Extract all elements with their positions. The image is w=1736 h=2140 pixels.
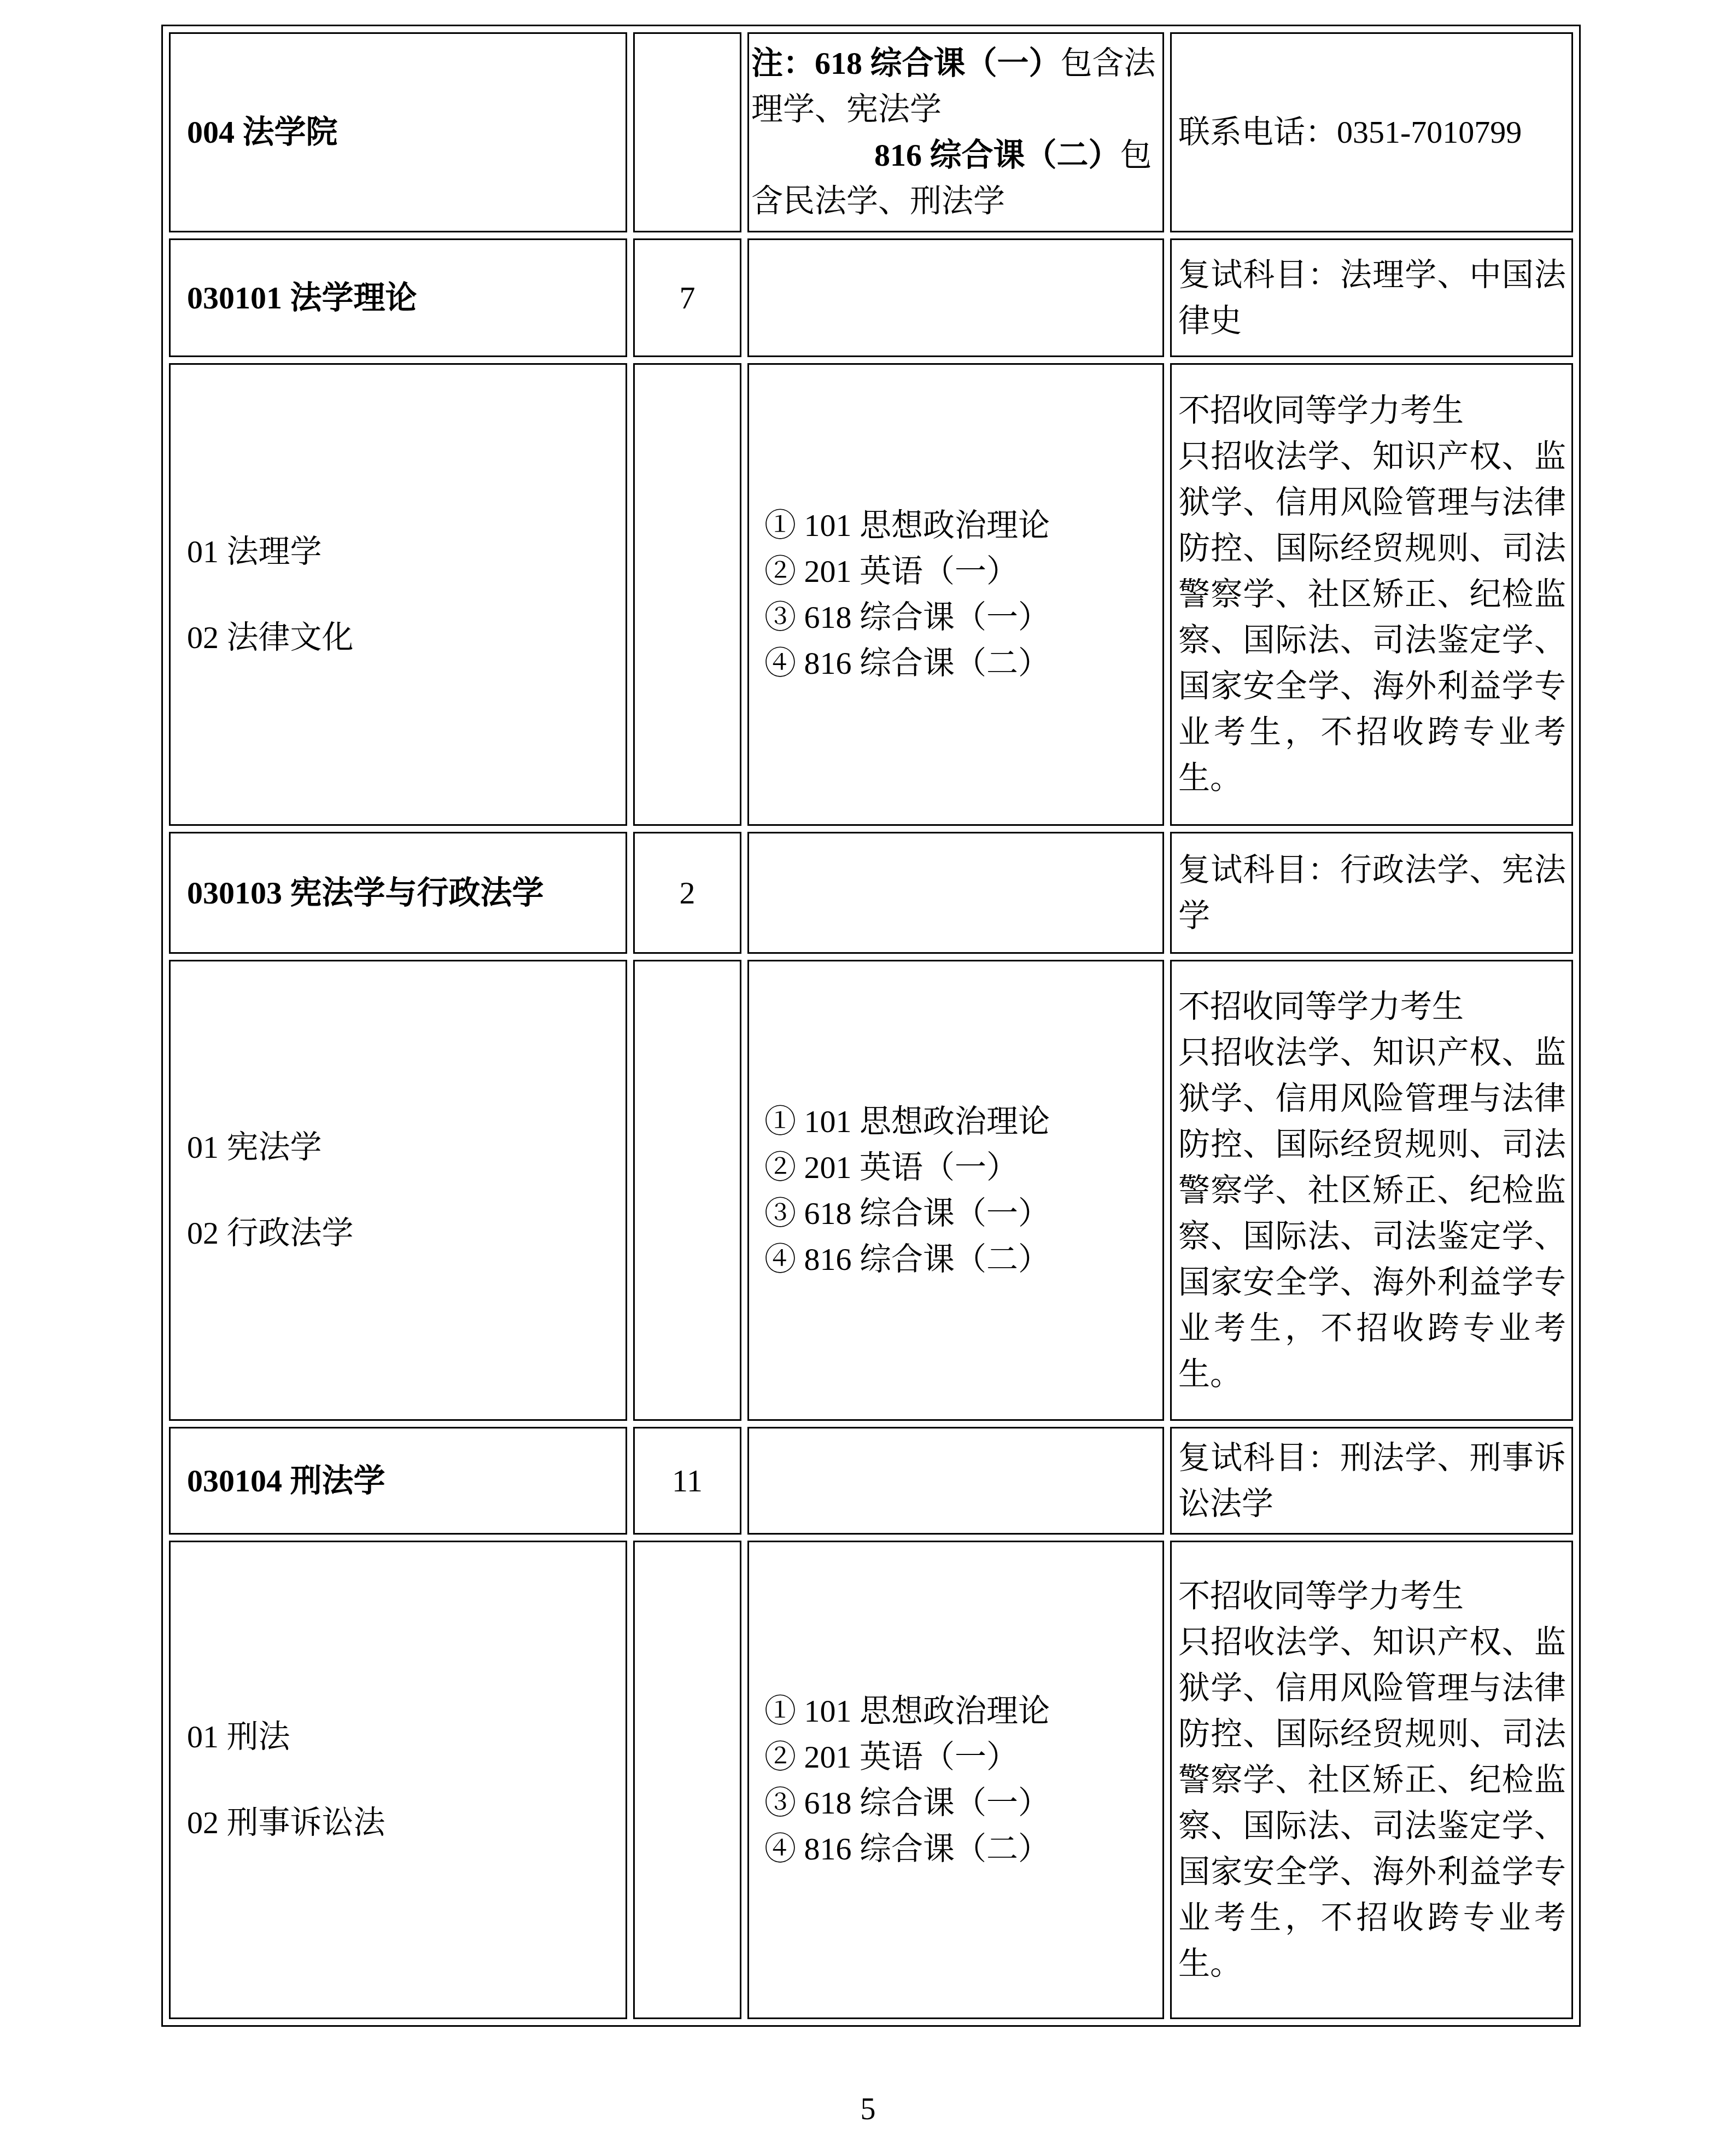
program-cell: 030103 宪法学与行政法学 xyxy=(169,832,627,954)
note-line1-bold: 注：618 综合课（一） xyxy=(751,45,1061,81)
quota-value: 11 xyxy=(672,1463,703,1498)
remark-cell: 复试科目：行政法学、宪法学 xyxy=(1170,832,1573,954)
subjects-cell: ① 101 思想政治理论 ② 201 英语（一） ③ 618 综合课（一） ④ … xyxy=(747,1541,1164,2019)
subject-item: ① 101 思想政治理论 xyxy=(764,1099,1159,1145)
major-item: 01 宪法学 xyxy=(187,1124,620,1170)
major-item: 02 刑事诉讼法 xyxy=(187,1800,620,1846)
remark-cell: 不招收同等学力考生 只招收法学、知识产权、监狱学、信用风险管理与法律防控、国际经… xyxy=(1170,960,1573,1421)
quota-cell: 7 xyxy=(633,238,741,357)
quota-value: 2 xyxy=(680,875,695,911)
contact-phone: 联系电话：0351-7010799 xyxy=(1178,114,1522,150)
subject-item: ③ 618 综合课（一） xyxy=(764,594,1159,640)
subject-item: ③ 618 综合课（一） xyxy=(764,1191,1159,1237)
quota-value: 7 xyxy=(680,280,695,316)
majors-cell: 01 刑法 02 刑事诉讼法 xyxy=(169,1541,627,2019)
remark-cell: 不招收同等学力考生 只招收法学、知识产权、监狱学、信用风险管理与法律防控、国际经… xyxy=(1170,1541,1573,2019)
restriction-note: 不招收同等学力考生 只招收法学、知识产权、监狱学、信用风险管理与法律防控、国际经… xyxy=(1178,984,1566,1397)
subject-item: ④ 816 综合课（二） xyxy=(764,1237,1159,1282)
table-row-majors: 01 法理学 02 法律文化 ① 101 思想政治理论 ② 201 英语（一） … xyxy=(169,363,1573,826)
subject-item: ② 201 英语（一） xyxy=(764,1145,1159,1191)
note-line2-bold: 816 综合课（二） xyxy=(874,137,1120,173)
restriction-note: 不招收同等学力考生 只招收法学、知识产权、监狱学、信用风险管理与法律防控、国际经… xyxy=(1178,388,1566,801)
subject-item: ① 101 思想政治理论 xyxy=(764,503,1159,549)
program-title: 030101 法学理论 xyxy=(187,280,417,316)
program-cell: 030104 刑法学 xyxy=(169,1427,627,1535)
subject-item: ④ 816 综合课（二） xyxy=(764,1826,1159,1872)
major-item: 02 行政法学 xyxy=(187,1210,620,1256)
quota-cell xyxy=(633,363,741,826)
quota-cell: 11 xyxy=(633,1427,741,1535)
admissions-table: 004 法学院 注：618 综合课（一）包含法理学、宪法学 816 综合课（二）… xyxy=(161,25,1581,2027)
remark-cell: 不招收同等学力考生 只招收法学、知识产权、监狱学、信用风险管理与法律防控、国际经… xyxy=(1170,363,1573,826)
subjects-cell xyxy=(747,238,1164,357)
document-page: 004 法学院 注：618 综合课（一）包含法理学、宪法学 816 综合课（二）… xyxy=(0,0,1736,2140)
remark-cell: 复试科目：刑法学、刑事诉讼法学 xyxy=(1170,1427,1573,1535)
subjects-cell xyxy=(747,1427,1164,1535)
exam-note-cell: 注：618 综合课（一）包含法理学、宪法学 816 综合课（二）包含民法学、刑法… xyxy=(747,32,1164,232)
subject-item: ④ 816 综合课（二） xyxy=(764,640,1159,686)
majors-cell: 01 宪法学 02 行政法学 xyxy=(169,960,627,1421)
department-cell: 004 法学院 xyxy=(169,32,627,232)
subjects-cell: ① 101 思想政治理论 ② 201 英语（一） ③ 618 综合课（一） ④ … xyxy=(747,363,1164,826)
major-item: 01 法理学 xyxy=(187,529,620,575)
table-row-program: 030103 宪法学与行政法学 2 复试科目：行政法学、宪法学 xyxy=(169,832,1573,954)
quota-cell xyxy=(633,1541,741,2019)
program-title: 030103 宪法学与行政法学 xyxy=(187,875,544,911)
quota-cell xyxy=(633,960,741,1421)
remark-cell: 复试科目：法理学、中国法律史 xyxy=(1170,238,1573,357)
major-item: 01 刑法 xyxy=(187,1714,620,1760)
contact-cell: 联系电话：0351-7010799 xyxy=(1170,32,1573,232)
majors-cell: 01 法理学 02 法律文化 xyxy=(169,363,627,826)
retest-subjects: 复试科目：行政法学、宪法学 xyxy=(1178,847,1566,939)
major-item: 02 法律文化 xyxy=(187,615,620,661)
retest-subjects: 复试科目：法理学、中国法律史 xyxy=(1178,252,1566,344)
subject-item: ③ 618 综合课（一） xyxy=(764,1780,1159,1826)
quota-cell xyxy=(633,32,741,232)
quota-cell: 2 xyxy=(633,832,741,954)
retest-subjects: 复试科目：刑法学、刑事诉讼法学 xyxy=(1178,1435,1566,1527)
table-row-majors: 01 宪法学 02 行政法学 ① 101 思想政治理论 ② 201 英语（一） … xyxy=(169,960,1573,1421)
subjects-cell xyxy=(747,832,1164,954)
page-number: 5 xyxy=(0,2090,1736,2129)
program-title: 030104 刑法学 xyxy=(187,1463,385,1498)
exam-note: 注：618 综合课（一）包含法理学、宪法学 816 综合课（二）包含民法学、刑法… xyxy=(751,40,1161,224)
table-row-program: 030104 刑法学 11 复试科目：刑法学、刑事诉讼法学 xyxy=(169,1427,1573,1535)
table-row-majors: 01 刑法 02 刑事诉讼法 ① 101 思想政治理论 ② 201 英语（一） … xyxy=(169,1541,1573,2019)
program-cell: 030101 法学理论 xyxy=(169,238,627,357)
subjects-cell: ① 101 思想政治理论 ② 201 英语（一） ③ 618 综合课（一） ④ … xyxy=(747,960,1164,1421)
subject-item: ① 101 思想政治理论 xyxy=(764,1688,1159,1734)
restriction-note: 不招收同等学力考生 只招收法学、知识产权、监狱学、信用风险管理与法律防控、国际经… xyxy=(1178,1573,1566,1987)
department-title: 004 法学院 xyxy=(187,114,338,150)
subject-item: ② 201 英语（一） xyxy=(764,549,1159,594)
note-line2: 816 综合课（二）包含民法学、刑法学 xyxy=(751,132,1161,224)
table-row-program: 030101 法学理论 7 复试科目：法理学、中国法律史 xyxy=(169,238,1573,357)
table-row-department: 004 法学院 注：618 综合课（一）包含法理学、宪法学 816 综合课（二）… xyxy=(169,32,1573,232)
subject-item: ② 201 英语（一） xyxy=(764,1734,1159,1780)
